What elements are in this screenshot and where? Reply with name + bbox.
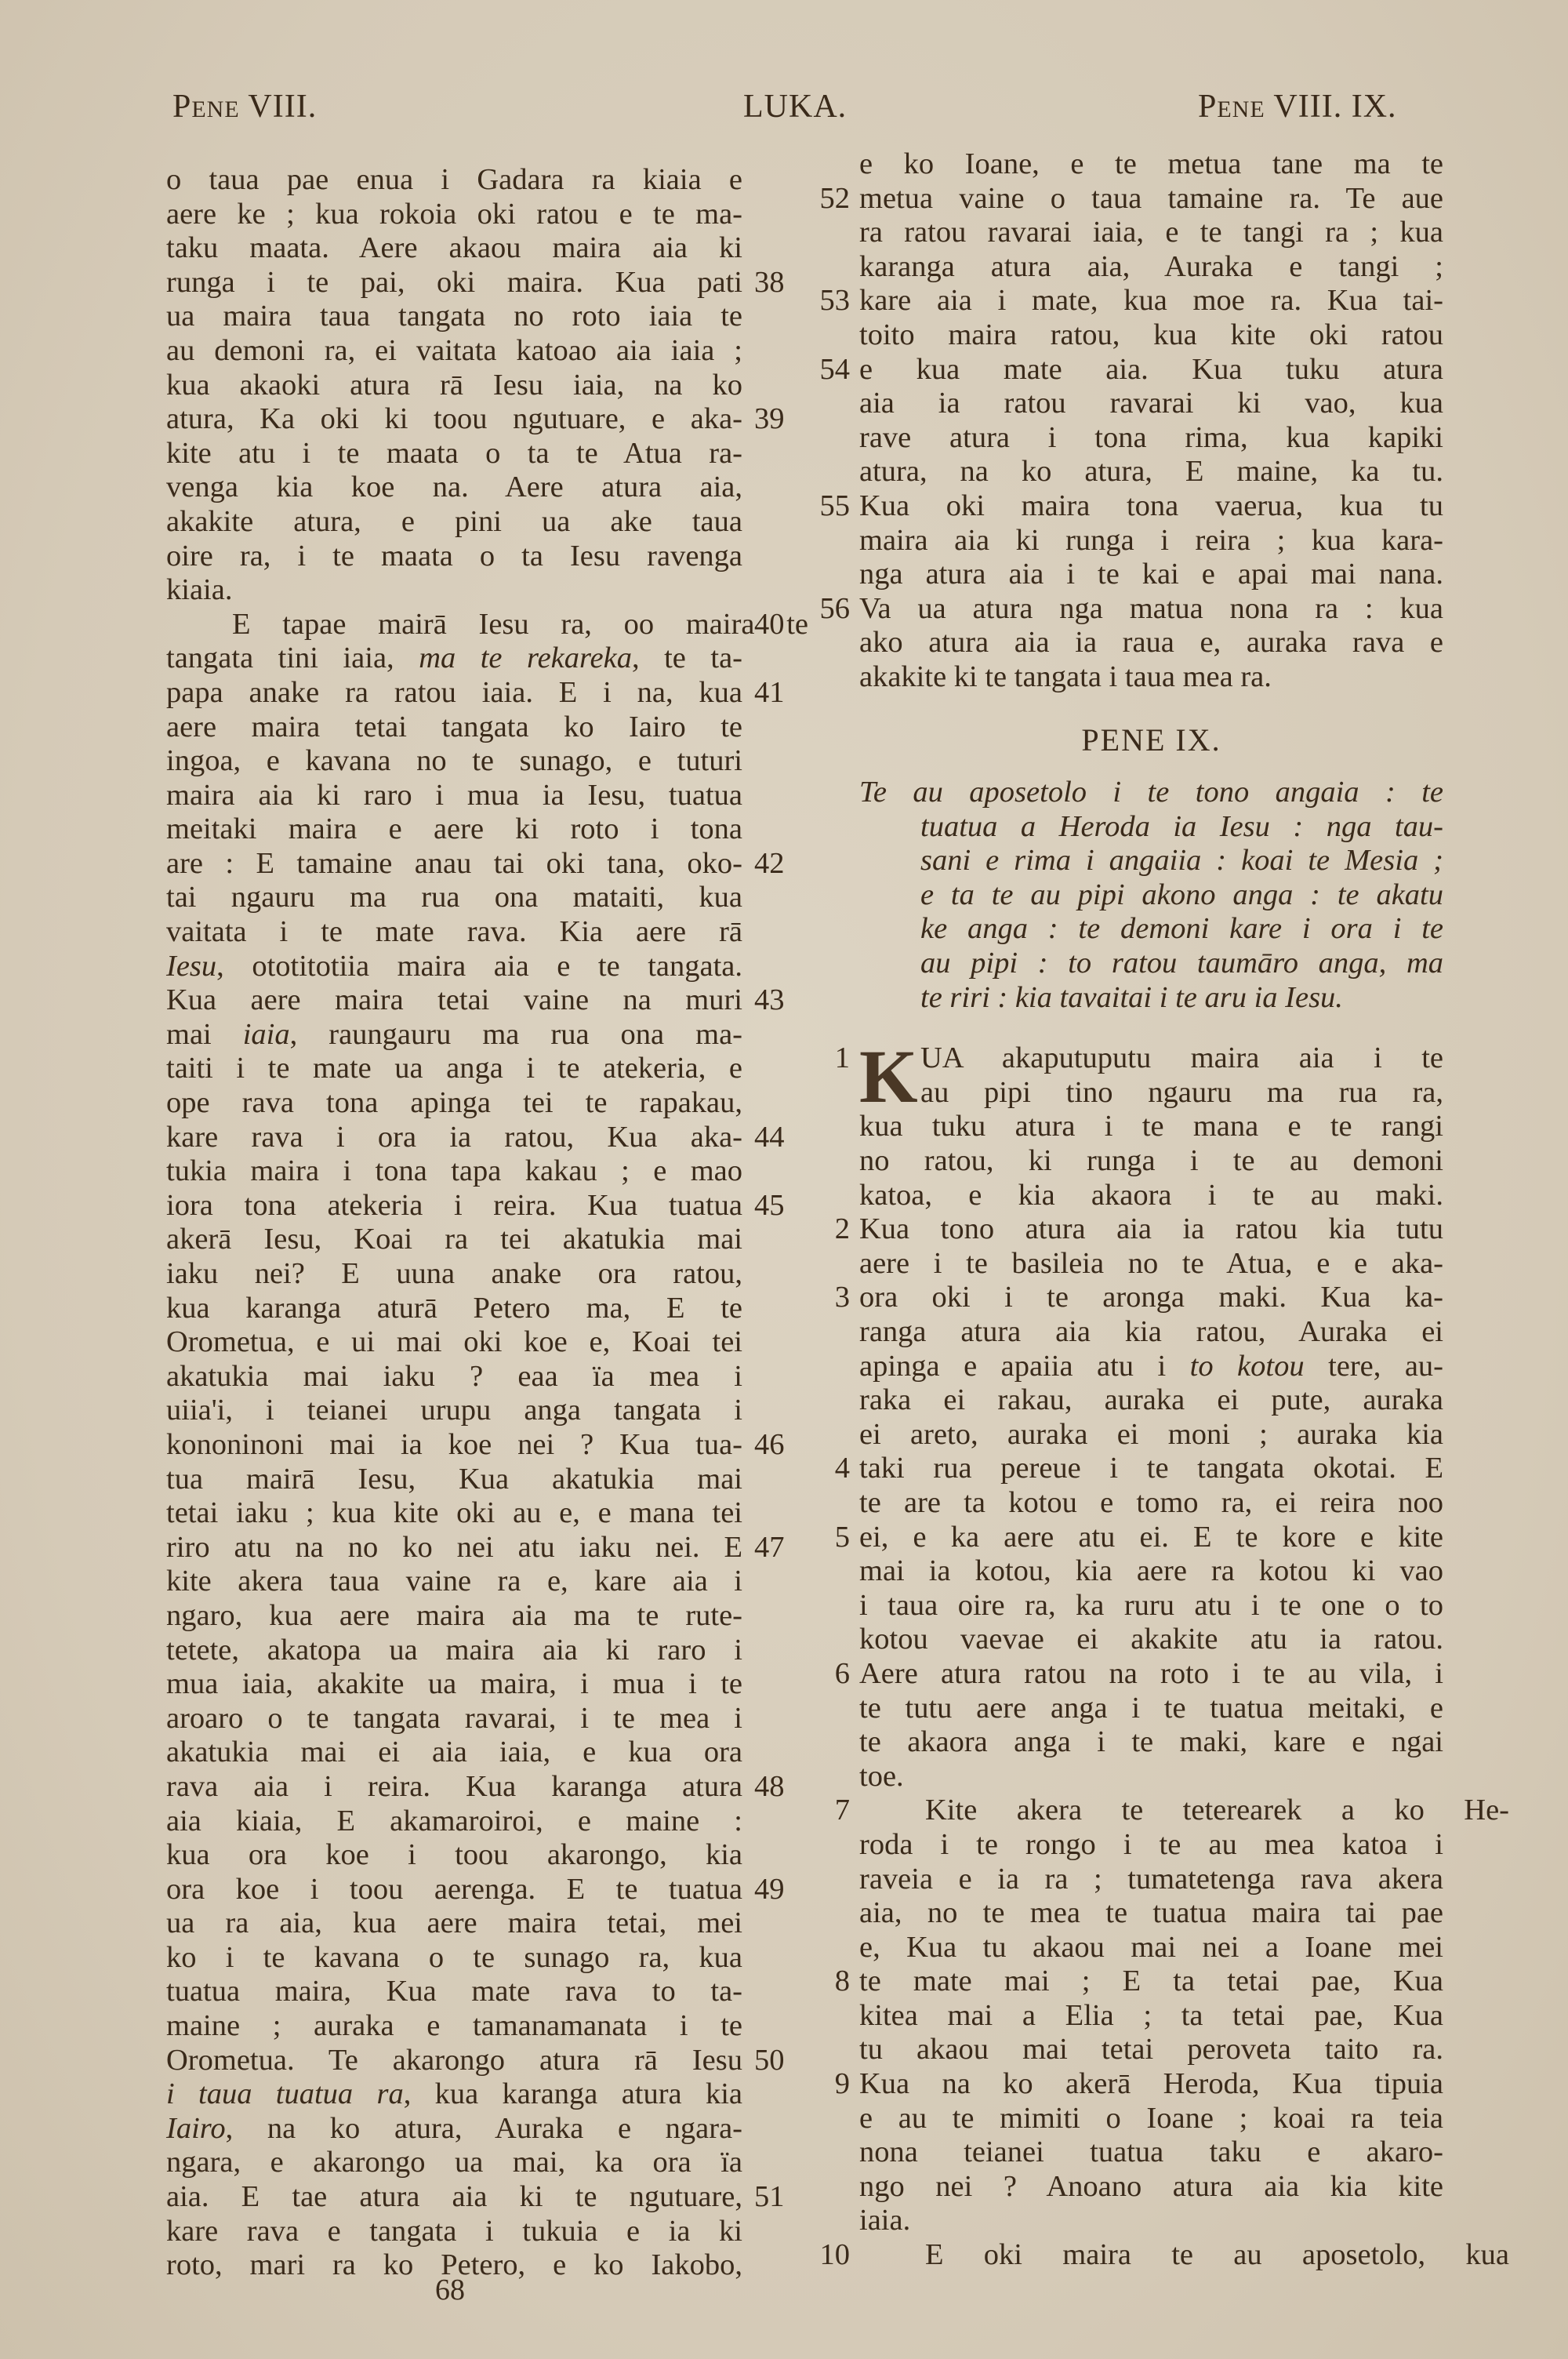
- line-text: kare rava i ora ia ratou, Kua aka-: [166, 1121, 742, 1155]
- line-text: akatukia mai iaku ? eaa ïa mea i: [166, 1360, 742, 1394]
- verse-number: 4: [812, 1452, 850, 1486]
- line-text: o taua pae enua i Gadara ra kiaia e: [166, 163, 742, 198]
- summary-line: ke anga : te demoni kare i ora i te: [859, 912, 1443, 947]
- text-line: te tutu aere anga i te tuatua meitaki, e: [812, 1692, 1455, 1726]
- right-text-column: e ko Ioane, e te metua tane ma te52metua…: [812, 147, 1455, 2273]
- text-line: akatukia mai iaku ? eaa ïa mea i: [166, 1360, 786, 1394]
- line-text: Iairo, na ko atura, Auraka e ngara-: [166, 2112, 742, 2146]
- line-text: akerā Iesu, Koai ra tei akatukia mai: [166, 1223, 742, 1257]
- text-line: tua mairā Iesu, Kua akatukia mai: [166, 1463, 786, 1497]
- text-line: e au te mimiti o Ioane ; koai ra teia: [812, 2102, 1455, 2136]
- line-text: mua iaia, akakite ua maira, i mua i te: [166, 1667, 742, 1702]
- line-text: ko i te kavana o te sunago ra, kua: [166, 1941, 742, 1976]
- text-line: venga kia koe na. Aere atura aia,: [166, 471, 786, 505]
- line-text: e kua mate aia. Kua tuku atura: [859, 353, 1443, 387]
- line-text: ngaro, kua aere maira aia ma te rute-: [166, 1599, 742, 1634]
- text-line: 39atura, Ka oki ki toou ngutuare, e aka-: [166, 402, 786, 437]
- text-line: tetete, akatopa ua maira aia ki raro i: [166, 1634, 786, 1668]
- verse-number: 43: [754, 983, 785, 1018]
- text-line: kua tuku atura i te mana e te rangi: [812, 1110, 1455, 1144]
- verse-number: 44: [754, 1121, 785, 1155]
- line-text: mai ia kotou, kia aere ra kotou ki vao: [859, 1554, 1443, 1589]
- chapter-title: PENE IX.: [859, 723, 1443, 758]
- line-text: runga i te pai, oki maira. Kua pati: [166, 266, 742, 300]
- line-text: no ratou, ki runga i te au demoni: [859, 1144, 1443, 1179]
- text-line: 45iora tona atekeria i reira. Kua tuatua: [166, 1189, 786, 1223]
- line-text: i taua tuatua ra, kua karanga atura kia: [166, 2077, 742, 2112]
- line-text-roman: , ototitotiia maira aia e te tangata.: [216, 950, 742, 983]
- line-text: kua karanga aturā Petero ma, E te: [166, 1292, 742, 1326]
- summary-line: Te au aposetolo i te tono angaia : te: [859, 776, 1443, 810]
- line-text: ei, e ka aere atu ei. E te kore e kite: [859, 1521, 1443, 1555]
- line-text: riro atu na no ko nei atu iaku nei. E: [166, 1531, 742, 1565]
- text-line: 50Orometua. Te akarongo atura rā Iesu: [166, 2044, 786, 2078]
- line-text-italic: to kotou: [1190, 1350, 1305, 1383]
- summary-line: sani e rima i angaiia : koai te Mesia ;: [859, 844, 1443, 878]
- text-line: aia ia ratou ravarai ki vao, kua: [812, 387, 1455, 421]
- summary-line: te riri : kia tavaitai i te aru ia Iesu.: [859, 981, 1443, 1016]
- line-text-roman: , te ta-: [632, 642, 742, 674]
- line-text: te akaora anga i te maki, kare e ngai: [859, 1725, 1443, 1760]
- line-text: akatukia mai ei aia iaia, e kua ora: [166, 1736, 742, 1770]
- text-line: mai iaia, raungauru ma rua ona ma-: [166, 1018, 786, 1052]
- text-line: Orometua, e ui mai oki koe e, Koai tei: [166, 1325, 786, 1360]
- line-text: iora tona atekeria i reira. Kua tuatua: [166, 1189, 742, 1223]
- line-text: aere maira tetai tangata ko Iairo te: [166, 711, 742, 745]
- text-line: maine ; auraka e tamanamanata i te: [166, 2009, 786, 2044]
- line-text: e ko Ioane, e te metua tane ma te: [859, 147, 1443, 182]
- text-line: ra ratou ravarai iaia, e te tangi ra ; k…: [812, 216, 1455, 250]
- text-line: 43Kua aere maira tetai vaine na muri: [166, 983, 786, 1018]
- line-text: apinga e apaiia atu i to kotou tere, au-: [859, 1350, 1443, 1384]
- text-line: 38runga i te pai, oki maira. Kua pati: [166, 266, 786, 300]
- page-number: 68: [435, 2273, 465, 2307]
- text-line: oire ra, i te maata o ta Iesu ravenga: [166, 540, 786, 574]
- line-text: atura, na ko atura, E maine, ka tu.: [859, 455, 1443, 489]
- text-line: roda i te rongo i te au mea katoa i: [812, 1828, 1455, 1863]
- text-line: akerā Iesu, Koai ra tei akatukia mai: [166, 1223, 786, 1257]
- line-text: te tutu aere anga i te tuatua meitaki, e: [859, 1692, 1443, 1726]
- text-line: 56Va ua atura nga matua nona ra : kua: [812, 592, 1455, 627]
- text-line: kite akera taua vaine ra e, kare aia i: [166, 1565, 786, 1599]
- verse-number: 53: [812, 284, 850, 318]
- line-text: nona teianei tuatua taku e akaro-: [859, 2135, 1443, 2170]
- line-text: E tapae mairā Iesu ra, oo maira te: [199, 608, 808, 642]
- line-text: ngara, e akarongo ua mai, ka ora ïa: [166, 2146, 742, 2180]
- text-line: akatukia mai ei aia iaia, e kua ora: [166, 1736, 786, 1770]
- verse-number: 2: [812, 1212, 850, 1247]
- line-text: toito maira ratou, kua kite oki ratou: [859, 318, 1443, 353]
- text-line: nga atura aia i te kai e apai mai nana.: [812, 558, 1455, 592]
- line-text: metua vaine o taua tamaine ra. Te aue: [859, 182, 1443, 216]
- text-line: 3ora oki i te aronga maki. Kua ka-: [812, 1281, 1455, 1315]
- chapter-9-text: kua tuku atura i te mana e te rangino ra…: [812, 1110, 1455, 2272]
- line-text-roman: tere, au-: [1305, 1350, 1443, 1383]
- line-text: te mate mai ; E ta tetai pae, Kua: [859, 1965, 1443, 1999]
- text-line: 5ei, e ka aere atu ei. E te kore e kite: [812, 1521, 1455, 1555]
- text-line: kare rava e tangata i tukuia e ia ki: [166, 2215, 786, 2249]
- line-text: katoa, e kia akaora i te au maki.: [859, 1179, 1443, 1213]
- line-text: au pipi tino ngauru ma rua ra,: [859, 1076, 1443, 1110]
- text-line: 52metua vaine o taua tamaine ra. Te aue: [812, 182, 1455, 216]
- text-line: ei areto, auraka ei moni ; auraka kia: [812, 1418, 1455, 1452]
- text-line: Iairo, na ko atura, Auraka e ngara-: [166, 2112, 786, 2146]
- text-line: au demoni ra, ei vaitata katoao aia iaia…: [166, 334, 786, 369]
- text-line: 48rava aia i reira. Kua karanga atura: [166, 1770, 786, 1805]
- text-line: kiaia.: [166, 573, 786, 608]
- line-text: tangata tini iaia, ma te rekareka, te ta…: [166, 642, 742, 676]
- text-line: mua iaia, akakite ua maira, i mua i te: [166, 1667, 786, 1702]
- text-line: raka ei rakau, auraka ei pute, auraka: [812, 1383, 1455, 1418]
- text-line: ua ra aia, kua aere maira tetai, mei: [166, 1906, 786, 1941]
- verse-number: 3: [812, 1281, 850, 1315]
- line-text: are : E tamaine anau tai oki tana, oko-: [166, 847, 742, 881]
- line-text: ora koe i toou aerenga. E te tuatua: [166, 1873, 742, 1907]
- summary-text: te riri : kia tavaitai i te aru ia Iesu.: [859, 981, 1443, 1016]
- text-line: aia kiaia, E akamaroiroi, e maine :: [166, 1805, 786, 1839]
- text-line: kite atu i te maata o ta te Atua ra-: [166, 437, 786, 471]
- line-text: kua tuku atura i te mana e te rangi: [859, 1110, 1443, 1144]
- summary-text: Te au aposetolo i te tono angaia : te: [859, 776, 1443, 810]
- text-line: Iesu, ototitotiia maira aia e te tangata…: [166, 950, 786, 984]
- text-line: aere ke ; kua rokoia oki ratou e te ma-: [166, 198, 786, 232]
- text-line: mai ia kotou, kia aere ra kotou ki vao: [812, 1554, 1455, 1589]
- verse-number: 40: [754, 608, 785, 642]
- line-text: Iesu, ototitotiia maira aia e te tangata…: [166, 950, 742, 984]
- verse-number: 5: [812, 1521, 850, 1555]
- line-text-roman: tangata tini iaia,: [166, 642, 419, 674]
- text-line: maira aia ki runga i reira ; kua kara-: [812, 524, 1455, 558]
- running-head-left: PENE VIII.: [172, 88, 317, 125]
- line-text: papa anake ra ratou iaia. E i na, kua: [166, 676, 742, 711]
- text-line: iaia.: [812, 2204, 1455, 2238]
- line-text-roman: , kua karanga atura kia: [404, 2077, 742, 2110]
- text-line: meitaki maira e aere ki roto i tona: [166, 812, 786, 847]
- verse-number: 10: [812, 2238, 850, 2273]
- text-line: 55Kua oki maira tona vaerua, kua tu: [812, 489, 1455, 524]
- running-head-right-chapters: VIII. IX.: [1265, 89, 1397, 125]
- verse-number: 7: [812, 1794, 850, 1828]
- running-head-left-smallcaps: ENE: [191, 96, 239, 122]
- line-text: taiti i te mate ua anga i te atekeria, e: [166, 1052, 742, 1086]
- line-text: ope rava tona apinga tei te rapakau,: [166, 1086, 742, 1121]
- text-line: 51aia. E tae atura aia ki te ngutuare,: [166, 2180, 786, 2215]
- verse-number: 56: [812, 592, 850, 627]
- summary-text: ke anga : te demoni kare i ora i te: [859, 912, 1443, 947]
- text-line: taiti i te mate ua anga i te atekeria, e: [166, 1052, 786, 1086]
- line-text: akakite atura, e pini ua ake taua: [166, 505, 742, 540]
- verse-number: 46: [754, 1428, 785, 1463]
- text-line: rave atura i tona rima, kua kapiki: [812, 421, 1455, 456]
- line-text: maira aia ki raro i mua ia Iesu, tuatua: [166, 779, 742, 813]
- line-text: nga atura aia i te kai e apai mai nana.: [859, 558, 1443, 592]
- text-line: kua akaoki atura rā Iesu iaia, na ko: [166, 369, 786, 403]
- verse-number: 6: [812, 1657, 850, 1692]
- line-text: aere i te basileia no te Atua, e e aka-: [859, 1247, 1443, 1281]
- text-line: e ko Ioane, e te metua tane ma te: [812, 147, 1455, 182]
- text-line: ope rava tona apinga tei te rapakau,: [166, 1086, 786, 1121]
- line-text-roman: , na ko atura, Auraka e ngara-: [226, 2112, 742, 2145]
- line-text: kononinoni mai ia koe nei ? Kua tua-: [166, 1428, 742, 1463]
- line-text: e, Kua tu akaou mai nei a Ioane mei: [859, 1931, 1443, 1965]
- text-line: kua ora koe i toou akarongo, kia: [166, 1838, 786, 1873]
- verse-1-opening: K 1 UA akaputuputu maira aia i te au pip…: [812, 1041, 1455, 1110]
- text-line: i taua oire ra, ka ruru atu i te one o t…: [812, 1589, 1455, 1623]
- line-text: tetai iaku ; kua kite oki au e, e mana t…: [166, 1496, 742, 1531]
- text-line: kua karanga aturā Petero ma, E te: [166, 1292, 786, 1326]
- line-text: ua ra aia, kua aere maira tetai, mei: [166, 1906, 742, 1941]
- text-line: akakite ki te tangata i taua mea ra.: [812, 660, 1455, 695]
- line-text: UA akaputuputu maira aia i te: [859, 1041, 1443, 1076]
- text-line: tukia maira i tona tapa kakau ; e mao: [166, 1154, 786, 1189]
- verse-number: 38: [754, 266, 785, 300]
- line-text: tuatua maira, Kua mate rava to ta-: [166, 1975, 742, 2009]
- text-line: ngaro, kua aere maira aia ma te rute-: [166, 1599, 786, 1634]
- book-page: PENE VIII. LUKA. PENE VIII. IX. o taua p…: [0, 0, 1568, 2359]
- line-text: ako atura aia ia raua e, auraka rava e: [859, 626, 1443, 660]
- running-head-right-smallcaps: ENE: [1217, 96, 1265, 122]
- line-text: ranga atura aia kia ratou, Auraka ei: [859, 1315, 1443, 1350]
- verse-number: 55: [812, 489, 850, 524]
- text-line: 8te mate mai ; E ta tetai pae, Kua: [812, 1965, 1455, 1999]
- line-text: Va ua atura nga matua nona ra : kua: [859, 592, 1443, 627]
- verse-number: 49: [754, 1873, 785, 1907]
- text-line: 4taki rua pereue i te tangata okotai. E: [812, 1452, 1455, 1486]
- text-line: aroaro o te tangata ravarai, i te mea i: [166, 1702, 786, 1736]
- line-text: ra ratou ravarai iaia, e te tangi ra ; k…: [859, 216, 1443, 250]
- running-head-book-title: LUKA.: [743, 88, 847, 125]
- line-text: taki rua pereue i te tangata okotai. E: [859, 1452, 1443, 1486]
- line-text: mai iaia, raungauru ma rua ona ma-: [166, 1018, 742, 1052]
- text-line: 42are : E tamaine anau tai oki tana, oko…: [166, 847, 786, 881]
- summary-text: sani e rima i angaiia : koai te Mesia ;: [859, 844, 1443, 878]
- text-line: o taua pae enua i Gadara ra kiaia e: [166, 163, 786, 198]
- line-text-roman: apinga e apaiia atu i: [859, 1350, 1190, 1383]
- verse-number: 1: [812, 1041, 850, 1076]
- verse-number: 52: [812, 182, 850, 216]
- text-line: ngara, e akarongo ua mai, ka ora ïa: [166, 2146, 786, 2180]
- line-text: kite atu i te maata o ta te Atua ra-: [166, 437, 742, 471]
- text-line: tetai iaku ; kua kite oki au e, e mana t…: [166, 1496, 786, 1531]
- text-line: aere i te basileia no te Atua, e e aka-: [812, 1247, 1455, 1281]
- text-line: ranga atura aia kia ratou, Auraka ei: [812, 1315, 1455, 1350]
- text-line: tangata tini iaia, ma te rekareka, te ta…: [166, 642, 786, 676]
- verse-number: 9: [812, 2067, 850, 2102]
- line-text: kiaia.: [166, 573, 742, 608]
- line-text: Orometua, e ui mai oki koe e, Koai tei: [166, 1325, 742, 1360]
- line-text: toe.: [859, 1760, 1443, 1794]
- line-text: akakite ki te tangata i taua mea ra.: [859, 660, 1443, 695]
- line-text: iaku nei? E uuna anake ora ratou,: [166, 1257, 742, 1292]
- text-line: aere maira tetai tangata ko Iairo te: [166, 711, 786, 745]
- line-text: iaia.: [859, 2204, 1443, 2238]
- running-head-right-initial: P: [1198, 89, 1217, 125]
- text-line: tuatua maira, Kua mate rava to ta-: [166, 1975, 786, 2009]
- text-line: 54e kua mate aia. Kua tuku atura: [812, 353, 1455, 387]
- verse-number: 41: [754, 676, 785, 711]
- line-text: ua maira taua tangata no roto iaia te: [166, 300, 742, 334]
- text-line: te are ta kotou e tomo ra, ei reira noo: [812, 1486, 1455, 1521]
- text-line: toe.: [812, 1760, 1455, 1794]
- line-text: Kite akera te teterearek a ko He-: [892, 1794, 1509, 1828]
- text-line: tai ngauru ma rua ona mataiti, kua: [166, 881, 786, 915]
- line-text: Kua aere maira tetai vaine na muri: [166, 983, 742, 1018]
- text-line: aia, no te mea te tuatua maira tai pae: [812, 1896, 1455, 1931]
- line-text: roda i te rongo i te au mea katoa i: [859, 1828, 1443, 1863]
- line-text: karanga atura aia, Auraka e tangi ;: [859, 250, 1443, 285]
- text-line: ako atura aia ia raua e, auraka rava e: [812, 626, 1455, 660]
- text-line: 41papa anake ra ratou iaia. E i na, kua: [166, 676, 786, 711]
- text-line: 1 UA akaputuputu maira aia i te: [812, 1041, 1455, 1076]
- text-line: ko i te kavana o te sunago ra, kua: [166, 1941, 786, 1976]
- line-text: meitaki maira e aere ki roto i tona: [166, 812, 742, 847]
- line-text: tai ngauru ma rua ona mataiti, kua: [166, 881, 742, 915]
- line-text-italic: ma te rekareka: [419, 642, 632, 674]
- line-text: kua ora koe i toou akarongo, kia: [166, 1838, 742, 1873]
- text-line: 10E oki maira te au aposetolo, kua: [812, 2238, 1455, 2273]
- text-line: 6Aere atura ratou na roto i te au vila, …: [812, 1657, 1455, 1692]
- text-line: maira aia ki raro i mua ia Iesu, tuatua: [166, 779, 786, 813]
- text-line: katoa, e kia akaora i te au maki.: [812, 1179, 1455, 1213]
- running-head-right: PENE VIII. IX.: [1198, 88, 1397, 125]
- text-line: roto, mari ra ko Petero, e ko Iakobo,: [166, 2248, 786, 2283]
- summary-text: e ta te au pipi akono anga : te akatu: [859, 878, 1443, 913]
- line-text: aia, no te mea te tuatua maira tai pae: [859, 1896, 1443, 1931]
- text-line: apinga e apaiia atu i to kotou tere, au-: [812, 1350, 1455, 1384]
- summary-line: e ta te au pipi akono anga : te akatu: [859, 878, 1443, 913]
- line-text: raka ei rakau, auraka ei pute, auraka: [859, 1383, 1443, 1418]
- line-text: maira aia ki runga i reira ; kua kara-: [859, 524, 1443, 558]
- line-text: aia ia ratou ravarai ki vao, kua: [859, 387, 1443, 421]
- line-text: aroaro o te tangata ravarai, i te mea i: [166, 1702, 742, 1736]
- text-line: au pipi tino ngauru ma rua ra,: [812, 1076, 1455, 1110]
- line-text: tua mairā Iesu, Kua akatukia mai: [166, 1463, 742, 1497]
- line-text: oire ra, i te maata o ta Iesu ravenga: [166, 540, 742, 574]
- text-line: toito maira ratou, kua kite oki ratou: [812, 318, 1455, 353]
- text-line: tu akaou mai tetai peroveta taito ra.: [812, 2033, 1455, 2067]
- line-text: raveia e ia ra ; tumatetenga rava akera: [859, 1863, 1443, 1897]
- line-text: kite akera taua vaine ra e, kare aia i: [166, 1565, 742, 1599]
- line-text-italic: i taua tuatua ra: [166, 2077, 404, 2110]
- line-text: tetete, akatopa ua maira aia ki raro i: [166, 1634, 742, 1668]
- text-line: akakite atura, e pini ua ake taua: [166, 505, 786, 540]
- chapter-summary: Te au aposetolo i te tono angaia : tetua…: [859, 776, 1443, 1015]
- summary-line: au pipi : to ratou taumāro anga, ma: [859, 947, 1443, 981]
- line-text: e au te mimiti o Ioane ; koai ra teia: [859, 2102, 1443, 2136]
- summary-line: tuatua a Heroda ia Iesu : nga tau-: [859, 810, 1443, 845]
- verse-number: 48: [754, 1770, 785, 1805]
- verse-number: 50: [754, 2044, 785, 2078]
- line-text: Kua na ko akerā Heroda, Kua tipuia: [859, 2067, 1443, 2102]
- line-text: kitea mai a Elia ; ta tetai pae, Kua: [859, 1999, 1443, 2034]
- line-text: Kua tono atura aia ia ratou kia tutu: [859, 1212, 1443, 1247]
- text-line: 2Kua tono atura aia ia ratou kia tutu: [812, 1212, 1455, 1247]
- text-line: 40E tapae mairā Iesu ra, oo maira te: [166, 608, 786, 642]
- text-line: e, Kua tu akaou mai nei a Ioane mei: [812, 1931, 1455, 1965]
- line-text: uiia'i, i teianei urupu anga tangata i: [166, 1394, 742, 1428]
- verse-number: 39: [754, 402, 785, 437]
- line-text-italic: Iairo: [166, 2112, 226, 2145]
- line-text-roman: , raungauru ma rua ona ma-: [290, 1018, 742, 1051]
- line-text: kotou vaevae ei akakite atu ia ratou.: [859, 1623, 1443, 1657]
- line-text: te are ta kotou e tomo ra, ei reira noo: [859, 1486, 1443, 1521]
- line-text: venga kia koe na. Aere atura aia,: [166, 471, 742, 505]
- line-text: aia. E tae atura aia ki te ngutuare,: [166, 2180, 742, 2215]
- line-text: tukia maira i tona tapa kakau ; e mao: [166, 1154, 742, 1189]
- line-text: kare rava e tangata i tukuia e ia ki: [166, 2215, 742, 2249]
- verse-number: 8: [812, 1965, 850, 1999]
- text-line: nona teianei tuatua taku e akaro-: [812, 2135, 1455, 2170]
- verse-number: 42: [754, 847, 785, 881]
- text-line: raveia e ia ra ; tumatetenga rava akera: [812, 1863, 1455, 1897]
- text-line: uiia'i, i teianei urupu anga tangata i: [166, 1394, 786, 1428]
- verse-number: 51: [754, 2180, 785, 2215]
- line-text-roman: mai: [166, 1018, 243, 1051]
- line-text: aere ke ; kua rokoia oki ratou e te ma-: [166, 198, 742, 232]
- summary-text: au pipi : to ratou taumāro anga, ma: [859, 947, 1443, 981]
- text-line: ua maira taua tangata no roto iaia te: [166, 300, 786, 334]
- line-text: i taua oire ra, ka ruru atu i te one o t…: [859, 1589, 1443, 1623]
- line-text: Orometua. Te akarongo atura rā Iesu: [166, 2044, 742, 2078]
- text-line: 49ora koe i toou aerenga. E te tuatua: [166, 1873, 786, 1907]
- line-text-italic: iaia: [243, 1018, 290, 1051]
- line-text: au demoni ra, ei vaitata katoao aia iaia…: [166, 334, 742, 369]
- line-text: kare aia i mate, kua moe ra. Kua tai-: [859, 284, 1443, 318]
- verse-number: 54: [812, 353, 850, 387]
- line-text: taku maata. Aere akaou maira aia ki: [166, 231, 742, 266]
- text-line: 46kononinoni mai ia koe nei ? Kua tua-: [166, 1428, 786, 1463]
- left-text-column: o taua pae enua i Gadara ra kiaia eaere …: [166, 163, 786, 2283]
- verse-number: 45: [754, 1189, 785, 1223]
- text-line: 9Kua na ko akerā Heroda, Kua tipuia: [812, 2067, 1455, 2102]
- line-text: Aere atura ratou na roto i te au vila, i: [859, 1657, 1443, 1692]
- line-text: ngo nei ? Anoano atura aia kia kite: [859, 2170, 1443, 2205]
- line-text: ora oki i te aronga maki. Kua ka-: [859, 1281, 1443, 1315]
- text-line: 7Kite akera te teterearek a ko He-: [812, 1794, 1455, 1828]
- line-text-italic: Iesu: [166, 950, 216, 983]
- summary-text: tuatua a Heroda ia Iesu : nga tau-: [859, 810, 1443, 845]
- text-line: iaku nei? E uuna anake ora ratou,: [166, 1257, 786, 1292]
- verse-number: 47: [754, 1531, 785, 1565]
- text-line: karanga atura aia, Auraka e tangi ;: [812, 250, 1455, 285]
- text-line: kitea mai a Elia ; ta tetai pae, Kua: [812, 1999, 1455, 2034]
- text-line: 44kare rava i ora ia ratou, Kua aka-: [166, 1121, 786, 1155]
- text-line: ingoa, e kavana no te sunago, e tuturi: [166, 744, 786, 779]
- text-line: ngo nei ? Anoano atura aia kia kite: [812, 2170, 1455, 2205]
- text-line: vaitata i te mate rava. Kia aere rā: [166, 915, 786, 950]
- line-text: vaitata i te mate rava. Kia aere rā: [166, 915, 742, 950]
- line-text: ingoa, e kavana no te sunago, e tuturi: [166, 744, 742, 779]
- line-text: kua akaoki atura rā Iesu iaia, na ko: [166, 369, 742, 403]
- line-text: maine ; auraka e tamanamanata i te: [166, 2009, 742, 2044]
- line-text: tu akaou mai tetai peroveta taito ra.: [859, 2033, 1443, 2067]
- text-line: 53kare aia i mate, kua moe ra. Kua tai-: [812, 284, 1455, 318]
- text-line: taku maata. Aere akaou maira aia ki: [166, 231, 786, 266]
- line-text: atura, Ka oki ki toou ngutuare, e aka-: [166, 402, 742, 437]
- chapter-8-ending: e ko Ioane, e te metua tane ma te52metua…: [812, 147, 1455, 695]
- text-line: i taua tuatua ra, kua karanga atura kia: [166, 2077, 786, 2112]
- text-line: no ratou, ki runga i te au demoni: [812, 1144, 1455, 1179]
- line-text: rave atura i tona rima, kua kapiki: [859, 421, 1443, 456]
- text-line: te akaora anga i te maki, kare e ngai: [812, 1725, 1455, 1760]
- line-text: rava aia i reira. Kua karanga atura: [166, 1770, 742, 1805]
- line-text: ei areto, auraka ei moni ; auraka kia: [859, 1418, 1443, 1452]
- text-line: kotou vaevae ei akakite atu ia ratou.: [812, 1623, 1455, 1657]
- line-text: Kua oki maira tona vaerua, kua tu: [859, 489, 1443, 524]
- line-text: aia kiaia, E akamaroiroi, e maine :: [166, 1805, 742, 1839]
- running-head-left-chapter: VIII.: [240, 89, 318, 125]
- text-line: atura, na ko atura, E maine, ka tu.: [812, 455, 1455, 489]
